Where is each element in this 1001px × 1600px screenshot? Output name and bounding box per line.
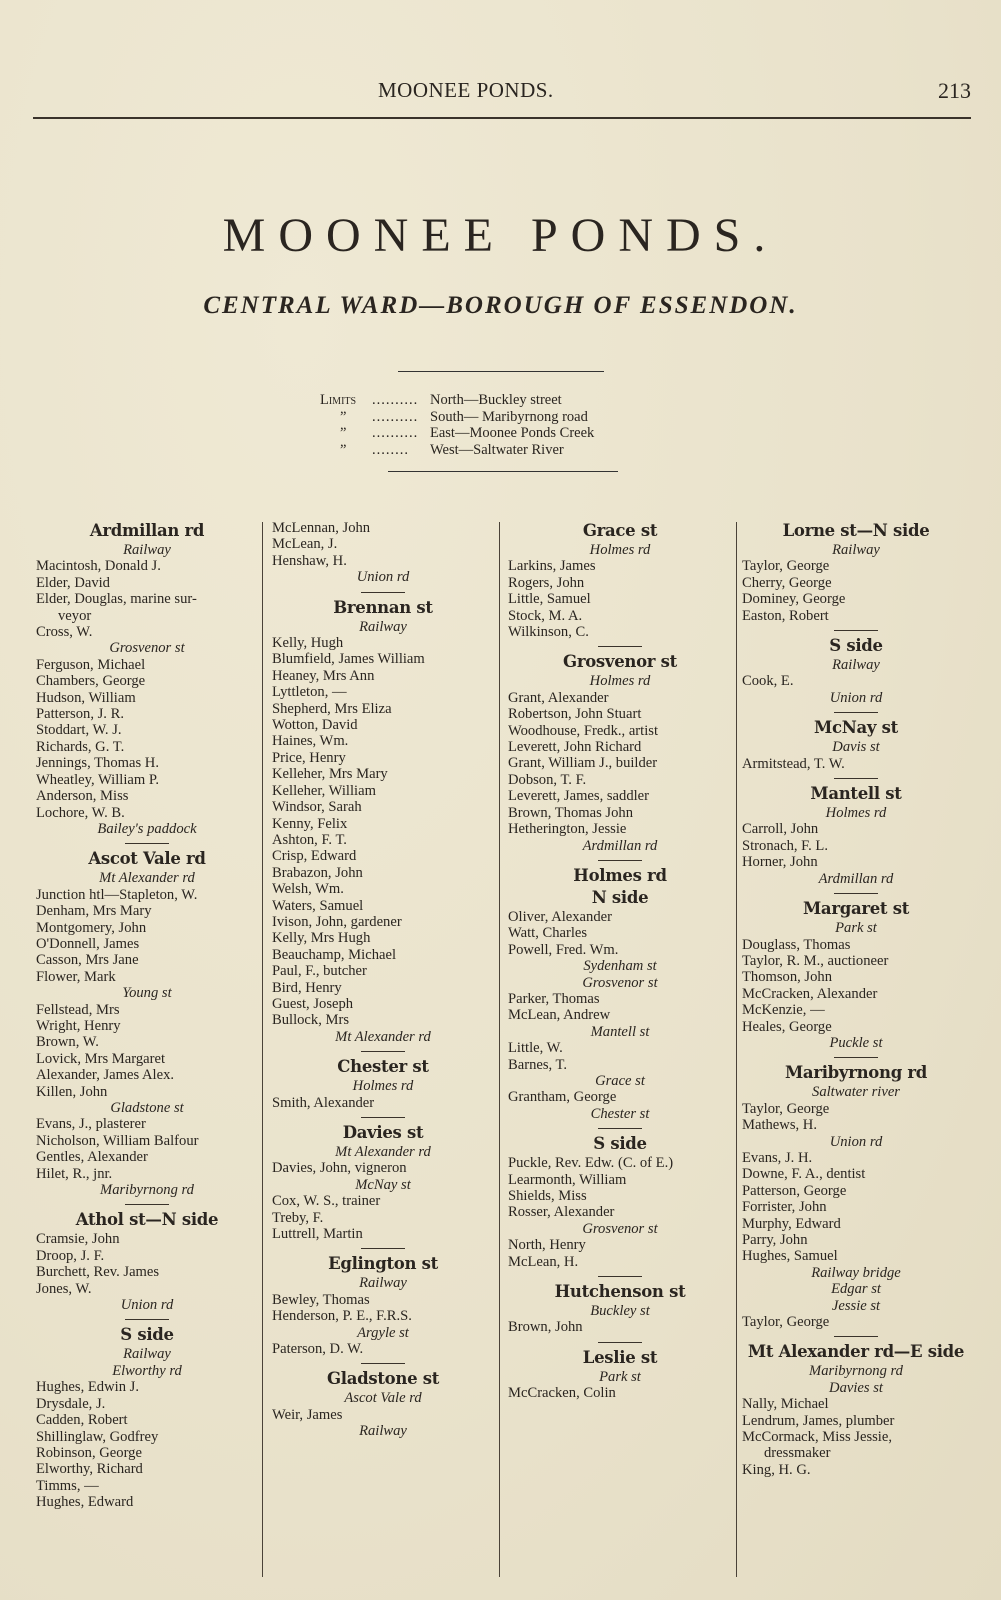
cross-street: Union rd <box>742 690 970 706</box>
resident-entry: Elder, David <box>36 575 258 591</box>
cross-street: Holmes rd <box>742 805 970 821</box>
resident-entry: Haines, Wm. <box>272 733 494 749</box>
resident-entry: Evans, J. H. <box>742 1150 970 1166</box>
street-heading: Gladstone st <box>272 1368 494 1390</box>
cross-street: Railway <box>742 542 970 558</box>
section-separator <box>598 860 642 861</box>
cross-street: Maribyrnong rd <box>742 1363 970 1379</box>
section-separator <box>361 1051 405 1052</box>
cross-street: Edgar st <box>742 1281 970 1297</box>
cross-street: Mt Alexander rd <box>272 1144 494 1160</box>
page-number: 213 <box>938 78 971 104</box>
resident-entry: Bewley, Thomas <box>272 1292 494 1308</box>
resident-entry: Kelleher, William <box>272 783 494 799</box>
resident-entry: Cook, E. <box>742 673 970 689</box>
cross-street: Elworthy rd <box>36 1363 258 1379</box>
cross-street: Union rd <box>36 1297 258 1313</box>
resident-entry: Kelly, Hugh <box>272 635 494 651</box>
resident-entry: Hudson, William <box>36 690 258 706</box>
cross-street: Holmes rd <box>508 673 732 689</box>
section-separator <box>834 893 878 894</box>
ditto-mark: ” <box>320 425 372 442</box>
resident-entry: Parry, John <box>742 1232 970 1248</box>
resident-entry: Ashton, F. T. <box>272 832 494 848</box>
resident-entry: Taylor, George <box>742 1101 970 1117</box>
resident-entry: McLean, Andrew <box>508 1007 732 1023</box>
resident-entry: Dobson, T. F. <box>508 772 732 788</box>
resident-entry: Hughes, Samuel <box>742 1248 970 1264</box>
resident-entry: Brown, John <box>508 1319 732 1335</box>
cross-street: Buckley st <box>508 1303 732 1319</box>
resident-entry: Brabazon, John <box>272 865 494 881</box>
cross-street: Railway <box>742 657 970 673</box>
resident-entry: North, Henry <box>508 1237 732 1253</box>
cross-street: Union rd <box>742 1134 970 1150</box>
cross-street: Railway <box>36 1346 258 1362</box>
resident-entry: Chambers, George <box>36 673 258 689</box>
limits-top-rule <box>398 371 604 372</box>
street-heading: Mt Alexander rd—E side <box>742 1341 970 1363</box>
street-heading: S side <box>508 1133 732 1155</box>
street-heading: McNay st <box>742 717 970 739</box>
limits-text: East—Moonee Ponds Creek <box>430 425 594 442</box>
running-header: MOONEE PONDS. 213 <box>0 78 1001 108</box>
resident-entry: Weir, James <box>272 1407 494 1423</box>
resident-entry: Smith, Alexander <box>272 1095 494 1111</box>
resident-entry: Fellstead, Mrs <box>36 1002 258 1018</box>
resident-entry: Henshaw, H. <box>272 553 494 569</box>
directory-column-1: Ardmillan rdRailwayMacintosh, Donald J.E… <box>36 520 258 1511</box>
running-title: MOONEE PONDS. <box>378 78 554 103</box>
limits-text: North—Buckley street <box>430 392 562 409</box>
resident-entry: Jones, W. <box>36 1281 258 1297</box>
directory-column-4: Lorne st—N sideRailwayTaylor, GeorgeCher… <box>742 520 970 1478</box>
resident-entry: Brown, W. <box>36 1034 258 1050</box>
cross-street: Sydenham st <box>508 958 732 974</box>
section-separator <box>598 1276 642 1277</box>
resident-entry: Shields, Miss <box>508 1188 732 1204</box>
cross-street: Maribyrnong rd <box>36 1182 258 1198</box>
limits-bottom-rule <box>388 471 618 472</box>
resident-entry: Lyttleton, — <box>272 684 494 700</box>
cross-street: Railway <box>36 542 258 558</box>
resident-entry: Barnes, T. <box>508 1057 732 1073</box>
section-separator <box>834 712 878 713</box>
ditto-mark: ” <box>320 442 372 459</box>
cross-street: Saltwater river <box>742 1084 970 1100</box>
column-divider <box>262 522 263 1577</box>
section-separator <box>125 1204 169 1205</box>
resident-entry: Macintosh, Donald J. <box>36 558 258 574</box>
leader-dots: .......... <box>372 409 430 426</box>
resident-entry: McCormack, Miss Jessie, <box>742 1429 970 1445</box>
resident-entry: Taylor, George <box>742 1314 970 1330</box>
resident-entry: Wheatley, William P. <box>36 772 258 788</box>
resident-entry: Heaney, Mrs Ann <box>272 668 494 684</box>
column-divider <box>736 522 737 1577</box>
resident-entry: Hetherington, Jessie <box>508 821 732 837</box>
resident-entry-continued: veyor <box>36 608 258 624</box>
resident-entry: Wright, Henry <box>36 1018 258 1034</box>
street-heading: Brennan st <box>272 597 494 619</box>
resident-entry: Taylor, George <box>742 558 970 574</box>
resident-entry: McLennan, John <box>272 520 494 536</box>
resident-entry: Woodhouse, Fredk., artist <box>508 723 732 739</box>
cross-street: Railway <box>272 1275 494 1291</box>
resident-entry: Cross, W. <box>36 624 258 640</box>
directory-column-3: Grace stHolmes rdLarkins, JamesRogers, J… <box>508 520 732 1402</box>
resident-entry: Jennings, Thomas H. <box>36 755 258 771</box>
leader-dots: .......... <box>372 392 430 409</box>
resident-entry: Stoddart, W. J. <box>36 722 258 738</box>
street-heading: Grace st <box>508 520 732 542</box>
resident-entry: Patterson, J. R. <box>36 706 258 722</box>
cross-street: Union rd <box>272 569 494 585</box>
street-heading: S side <box>36 1324 258 1346</box>
street-heading: Athol st—N side <box>36 1209 258 1231</box>
street-heading: Grosvenor st <box>508 651 732 673</box>
section-separator <box>125 1319 169 1320</box>
resident-entry: Mathews, H. <box>742 1117 970 1133</box>
cross-street: Holmes rd <box>272 1078 494 1094</box>
resident-entry: Carroll, John <box>742 821 970 837</box>
resident-entry: Drysdale, J. <box>36 1396 258 1412</box>
resident-entry: Wilkinson, C. <box>508 624 732 640</box>
cross-street: Grosvenor st <box>36 640 258 656</box>
resident-entry: Taylor, R. M., auctioneer <box>742 953 970 969</box>
cross-street: Ardmillan rd <box>742 871 970 887</box>
resident-entry: Puckle, Rev. Edw. (C. of E.) <box>508 1155 732 1171</box>
cross-street: Gladstone st <box>36 1100 258 1116</box>
section-separator <box>361 1248 405 1249</box>
resident-entry: Kelleher, Mrs Mary <box>272 766 494 782</box>
resident-entry: Killen, John <box>36 1084 258 1100</box>
resident-entry: Dominey, George <box>742 591 970 607</box>
resident-entry: Anderson, Miss <box>36 788 258 804</box>
street-heading: Davies st <box>272 1122 494 1144</box>
resident-entry: Paterson, D. W. <box>272 1341 494 1357</box>
resident-entry: Henderson, P. E., F.R.S. <box>272 1308 494 1324</box>
resident-entry: Treby, F. <box>272 1210 494 1226</box>
resident-entry: Nicholson, William Balfour <box>36 1133 258 1149</box>
limits-text: South— Maribyrnong road <box>430 409 588 426</box>
section-separator <box>598 1128 642 1129</box>
directory-column-2: McLennan, JohnMcLean, J.Henshaw, H.Union… <box>272 520 494 1440</box>
resident-entry: Little, Samuel <box>508 591 732 607</box>
resident-entry: Shillinglaw, Godfrey <box>36 1429 258 1445</box>
resident-entry: Leverett, John Richard <box>508 739 732 755</box>
resident-entry: Grantham, George <box>508 1089 732 1105</box>
directory-page: MOONEE PONDS. 213 MOONEE PONDS. CENTRAL … <box>0 0 1001 1600</box>
resident-entry: Droop, J. F. <box>36 1248 258 1264</box>
resident-entry: Rosser, Alexander <box>508 1204 732 1220</box>
cross-street: Mt Alexander rd <box>36 870 258 886</box>
resident-entry: Junction htl—Stapleton, W. <box>36 887 258 903</box>
resident-entry: Price, Henry <box>272 750 494 766</box>
resident-entry: McCracken, Colin <box>508 1385 732 1401</box>
resident-entry: Montgomery, John <box>36 920 258 936</box>
section-separator <box>598 646 642 647</box>
limits-block: Limits .......... North—Buckley street ”… <box>320 392 594 458</box>
resident-entry: Elworthy, Richard <box>36 1461 258 1477</box>
street-heading: Ascot Vale rd <box>36 848 258 870</box>
resident-entry: Easton, Robert <box>742 608 970 624</box>
resident-entry: Alexander, James Alex. <box>36 1067 258 1083</box>
resident-entry: Stronach, F. L. <box>742 838 970 854</box>
resident-entry: Crisp, Edward <box>272 848 494 864</box>
resident-entry: Lovick, Mrs Margaret <box>36 1051 258 1067</box>
section-separator <box>361 1117 405 1118</box>
section-separator <box>834 1057 878 1058</box>
resident-entry: Flower, Mark <box>36 969 258 985</box>
cross-street: Ascot Vale rd <box>272 1390 494 1406</box>
resident-entry: Casson, Mrs Jane <box>36 952 258 968</box>
resident-entry: Stock, M. A. <box>508 608 732 624</box>
resident-entry: Robertson, John Stuart <box>508 706 732 722</box>
resident-entry: Cox, W. S., trainer <box>272 1193 494 1209</box>
resident-entry: Paul, F., butcher <box>272 963 494 979</box>
cross-street: Argyle st <box>272 1325 494 1341</box>
column-divider <box>499 522 500 1577</box>
limits-text: West—Saltwater River <box>430 442 564 459</box>
street-heading: S side <box>742 635 970 657</box>
resident-entry: Kenny, Felix <box>272 816 494 832</box>
resident-entry: Robinson, George <box>36 1445 258 1461</box>
street-heading: Hutchenson st <box>508 1281 732 1303</box>
resident-entry: Windsor, Sarah <box>272 799 494 815</box>
resident-entry: Thomson, John <box>742 969 970 985</box>
resident-entry: Wotton, David <box>272 717 494 733</box>
resident-entry: Davies, John, vigneron <box>272 1160 494 1176</box>
resident-entry: Grant, Alexander <box>508 690 732 706</box>
section-separator <box>361 1363 405 1364</box>
cross-street: McNay st <box>272 1177 494 1193</box>
resident-entry: Horner, John <box>742 854 970 870</box>
resident-entry: Richards, G. T. <box>36 739 258 755</box>
resident-entry: Powell, Fred. Wm. <box>508 942 732 958</box>
resident-entry: Brown, Thomas John <box>508 805 732 821</box>
street-heading: Leslie st <box>508 1347 732 1369</box>
resident-entry: Beauchamp, Michael <box>272 947 494 963</box>
cross-street: Ardmillan rd <box>508 838 732 854</box>
resident-entry: Elder, Douglas, marine sur- <box>36 591 258 607</box>
street-heading: Eglington st <box>272 1253 494 1275</box>
resident-entry: McLean, H. <box>508 1254 732 1270</box>
resident-entry: Little, W. <box>508 1040 732 1056</box>
cross-street: Davis st <box>742 739 970 755</box>
resident-entry: Shepherd, Mrs Eliza <box>272 701 494 717</box>
cross-street: Young st <box>36 985 258 1001</box>
resident-entry: Luttrell, Martin <box>272 1226 494 1242</box>
resident-entry: Bird, Henry <box>272 980 494 996</box>
resident-entry: Forrister, John <box>742 1199 970 1215</box>
cross-street: Railway <box>272 619 494 635</box>
resident-entry: Bullock, Mrs <box>272 1012 494 1028</box>
resident-entry: Welsh, Wm. <box>272 881 494 897</box>
cross-street: Park st <box>508 1369 732 1385</box>
cross-street: Mantell st <box>508 1024 732 1040</box>
resident-entry: McCracken, Alexander <box>742 986 970 1002</box>
resident-entry: Downe, F. A., dentist <box>742 1166 970 1182</box>
leader-dots: ........ <box>372 442 430 459</box>
section-separator <box>834 1336 878 1337</box>
resident-entry: O'Donnell, James <box>36 936 258 952</box>
page-title: MOONEE PONDS. <box>0 208 1001 263</box>
section-separator <box>125 843 169 844</box>
resident-entry: Cherry, George <box>742 575 970 591</box>
resident-entry: Watt, Charles <box>508 925 732 941</box>
cross-street: Mt Alexander rd <box>272 1029 494 1045</box>
resident-entry: Hughes, Edward <box>36 1494 258 1510</box>
street-heading: Ardmillan rd <box>36 520 258 542</box>
resident-entry: Murphy, Edward <box>742 1216 970 1232</box>
resident-entry: Kelly, Mrs Hugh <box>272 930 494 946</box>
section-separator <box>598 1342 642 1343</box>
limits-label: Limits <box>320 392 372 409</box>
resident-entry: Patterson, George <box>742 1183 970 1199</box>
street-heading: Maribyrnong rd <box>742 1062 970 1084</box>
resident-entry: McLean, J. <box>272 536 494 552</box>
street-heading: N side <box>508 887 732 909</box>
cross-street: Bailey's paddock <box>36 821 258 837</box>
resident-entry: King, H. G. <box>742 1462 970 1478</box>
resident-entry: Hilet, R., jnr. <box>36 1166 258 1182</box>
leader-dots: .......... <box>372 425 430 442</box>
resident-entry: Burchett, Rev. James <box>36 1264 258 1280</box>
street-heading: Chester st <box>272 1056 494 1078</box>
resident-entry: Rogers, John <box>508 575 732 591</box>
street-heading: Holmes rd <box>508 865 732 887</box>
cross-street: Railway bridge <box>742 1265 970 1281</box>
resident-entry: Lochore, W. B. <box>36 805 258 821</box>
resident-entry: Nally, Michael <box>742 1396 970 1412</box>
resident-entry: Waters, Samuel <box>272 898 494 914</box>
cross-street: Davies st <box>742 1380 970 1396</box>
resident-entry: Learmonth, William <box>508 1172 732 1188</box>
resident-entry: Oliver, Alexander <box>508 909 732 925</box>
cross-street: Jessie st <box>742 1298 970 1314</box>
cross-street: Park st <box>742 920 970 936</box>
resident-entry: Larkins, James <box>508 558 732 574</box>
page-subtitle: CENTRAL WARD—BOROUGH OF ESSENDON. <box>0 292 1001 320</box>
limits-row: Limits .......... North—Buckley street <box>320 392 594 409</box>
resident-entry: Douglass, Thomas <box>742 937 970 953</box>
resident-entry: Ferguson, Michael <box>36 657 258 673</box>
street-heading: Mantell st <box>742 783 970 805</box>
section-separator <box>834 630 878 631</box>
resident-entry: Hughes, Edwin J. <box>36 1379 258 1395</box>
resident-entry: Guest, Joseph <box>272 996 494 1012</box>
resident-entry: Lendrum, James, plumber <box>742 1413 970 1429</box>
cross-street: Holmes rd <box>508 542 732 558</box>
limits-row: ” .......... South— Maribyrnong road <box>320 409 594 426</box>
street-heading: Lorne st—N side <box>742 520 970 542</box>
street-heading: Margaret st <box>742 898 970 920</box>
resident-entry: Denham, Mrs Mary <box>36 903 258 919</box>
resident-entry: McKenzie, — <box>742 1002 970 1018</box>
resident-entry: Cadden, Robert <box>36 1412 258 1428</box>
limits-row: ” .......... East—Moonee Ponds Creek <box>320 425 594 442</box>
limits-row: ” ........ West—Saltwater River <box>320 442 594 459</box>
resident-entry: Evans, J., plasterer <box>36 1116 258 1132</box>
resident-entry-continued: dressmaker <box>742 1445 970 1461</box>
resident-entry: Timms, — <box>36 1478 258 1494</box>
resident-entry: Grant, William J., builder <box>508 755 732 771</box>
resident-entry: Leverett, James, saddler <box>508 788 732 804</box>
resident-entry: Heales, George <box>742 1019 970 1035</box>
cross-street: Grosvenor st <box>508 975 732 991</box>
cross-street: Railway <box>272 1423 494 1439</box>
cross-street: Puckle st <box>742 1035 970 1051</box>
resident-entry: Blumfield, James William <box>272 651 494 667</box>
section-separator <box>361 592 405 593</box>
resident-entry: Ivison, John, gardener <box>272 914 494 930</box>
ditto-mark: ” <box>320 409 372 426</box>
section-separator <box>834 778 878 779</box>
header-rule <box>33 117 971 119</box>
resident-entry: Parker, Thomas <box>508 991 732 1007</box>
resident-entry: Cramsie, John <box>36 1231 258 1247</box>
cross-street: Chester st <box>508 1106 732 1122</box>
cross-street: Grosvenor st <box>508 1221 732 1237</box>
resident-entry: Gentles, Alexander <box>36 1149 258 1165</box>
cross-street: Grace st <box>508 1073 732 1089</box>
resident-entry: Armitstead, T. W. <box>742 756 970 772</box>
